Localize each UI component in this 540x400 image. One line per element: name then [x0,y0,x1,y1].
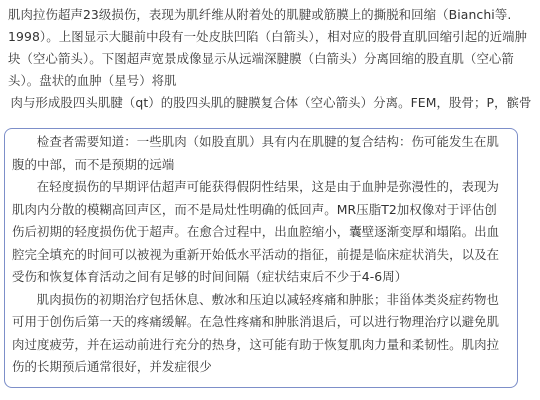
note-paragraph-1: 检查者需要知道：一些肌肉（如股直肌）具有内在肌腱的复合结构：伤可能发生在肌腹的中… [12,131,509,176]
note-box: 检查者需要知道：一些肌肉（如股直肌）具有内在肌腱的复合结构：伤可能发生在肌腹的中… [4,128,518,388]
note-paragraph-3: 肌肉损伤的初期治疗包括休息、敷冰和压迫以减轻疼痛和肿胀；非甾体类炎症药物也可用于… [12,289,509,379]
figure-caption: 肌肉拉伤超声23级损伤，表现为肌纤维从附着处的肌腱或筋膜上的撕脱和回缩（Bian… [8,4,534,114]
note-paragraph-2: 在轻度损伤的早期评估超声可能获得假阴性结果，这是由于血肿是弥漫性的，表现为肌肉内… [12,176,509,289]
caption-last-line: 肉与形成股四头肌腱（qt）的股四头肌的腱膜复合体（空心箭头）分离。FEM，股骨；… [8,92,534,114]
caption-text: 肌肉拉伤超声23级损伤，表现为肌纤维从附着处的肌腱或筋膜上的撕脱和回缩（Bian… [8,7,527,88]
